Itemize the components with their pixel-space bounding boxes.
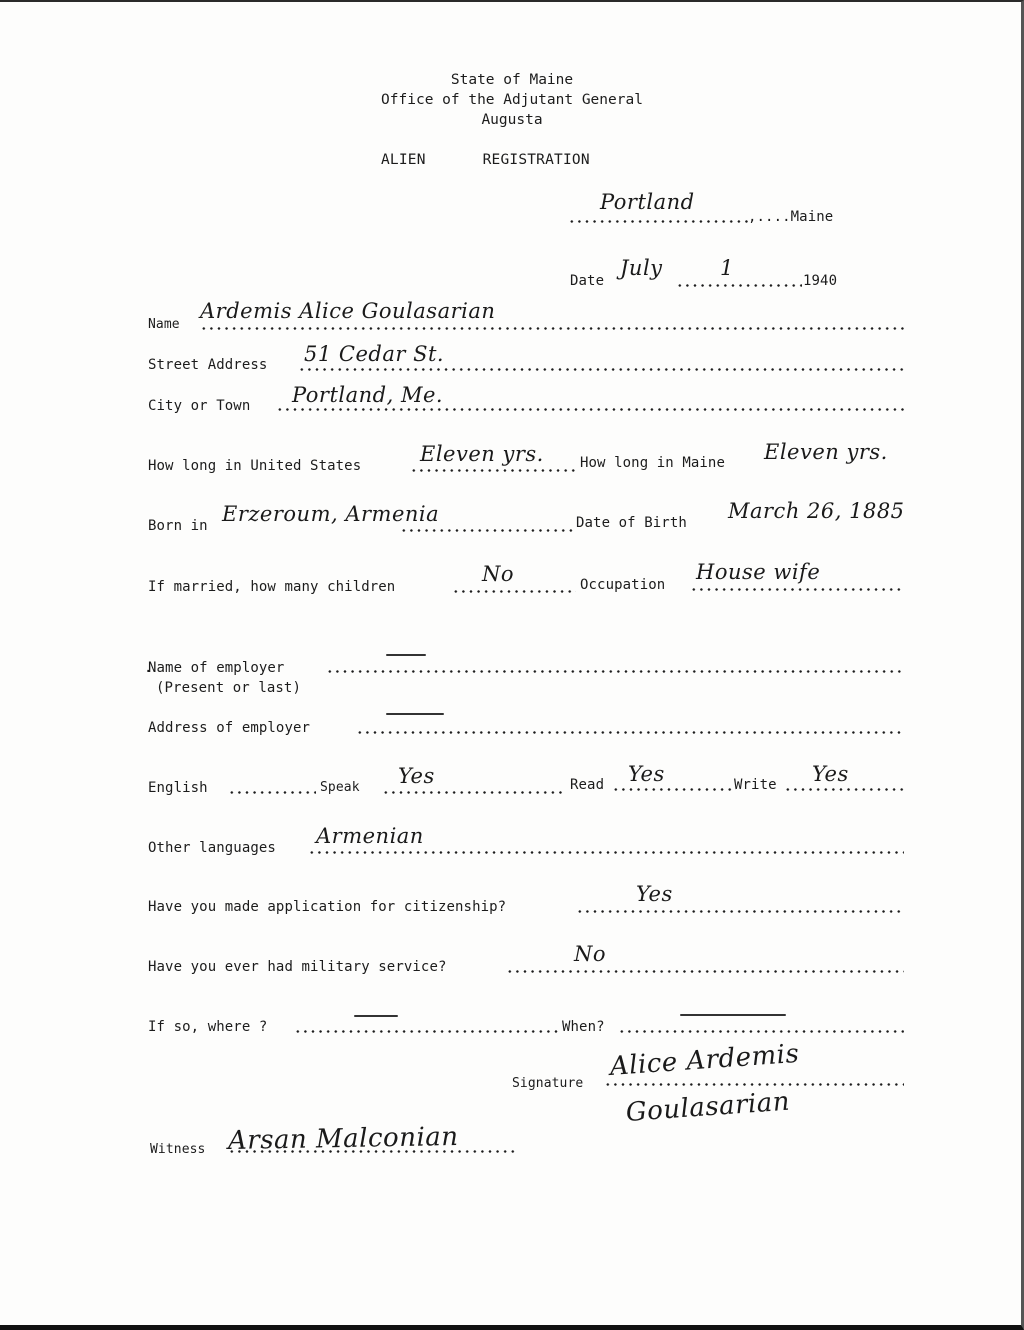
date-dotted-line [676, 284, 802, 287]
name-dotted-line [200, 327, 904, 330]
children-value: No [482, 562, 514, 586]
title-registration: REGISTRATION [483, 152, 590, 168]
other-languages-dotted-line [308, 851, 904, 854]
citizenship-dotted-line [576, 910, 904, 913]
military-label: Have you ever had military service? [148, 959, 447, 975]
occupation-label: Occupation [580, 577, 665, 593]
citizenship-value: Yes [636, 882, 673, 906]
registration-form-page: State of Maine Office of the Adjutant Ge… [0, 0, 1024, 1330]
english-label: English [148, 780, 208, 796]
when-blank-dash [680, 1014, 786, 1016]
signature-label: Signature [512, 1076, 583, 1091]
english-read-label: Read [570, 777, 604, 793]
employer-name-dotted-line [326, 670, 904, 673]
born-in-value: Erzeroum, Armenia [222, 502, 439, 526]
employer-address-dotted-line [356, 731, 904, 734]
employer-name-blank-dash [386, 654, 426, 656]
employer-address-label: Address of employer [148, 720, 310, 736]
children-dotted-line [452, 590, 576, 593]
military-dotted-line [506, 970, 904, 973]
occupation-value: House wife [696, 560, 820, 584]
place-town-value: Portland [600, 190, 695, 214]
name-value: Ardemis Alice Goulasarian [200, 299, 495, 323]
born-in-label: Born in [148, 518, 208, 534]
street-value: 51 Cedar St. [304, 342, 444, 366]
children-label: If married, how many children [148, 579, 395, 595]
street-label: Street Address [148, 357, 267, 373]
name-label: Name [148, 317, 180, 332]
date-of-birth-value: March 26, 1885 [728, 499, 905, 523]
english-speak-label: Speak [320, 780, 360, 795]
read-dotted-line [612, 788, 736, 791]
header-office: Office of the Adjutant General [0, 90, 1024, 110]
date-of-birth-label: Date of Birth [576, 515, 687, 531]
english-write-value: Yes [812, 762, 849, 786]
occupation-dotted-line [690, 588, 904, 591]
signature-line1: Alice Ardemis [609, 1039, 800, 1082]
street-dotted-line [298, 368, 904, 371]
title-alien: ALIEN [381, 152, 426, 168]
witness-label: Witness [150, 1142, 206, 1157]
date-month-value: July [620, 256, 663, 280]
city-value: Portland, Me. [292, 383, 443, 407]
place-dotted-line [568, 220, 748, 223]
signature-dotted-line [604, 1083, 904, 1086]
how-long-us-dotted-line [410, 469, 578, 472]
form-title: ALIEN REGISTRATION [381, 152, 638, 168]
witness-value: Arsan Malconian [228, 1122, 459, 1156]
how-long-us-value: Eleven yrs. [420, 442, 544, 466]
if-so-where-label: If so, where ? [148, 1019, 267, 1035]
date-year: 1940 [803, 273, 837, 289]
how-long-us-label: How long in United States [148, 458, 361, 474]
other-languages-value: Armenian [316, 824, 424, 848]
where-dotted-line [294, 1030, 562, 1033]
born-in-dotted-line [400, 529, 576, 532]
city-dotted-line [276, 408, 904, 411]
military-value: No [574, 942, 606, 966]
write-dotted-line [784, 788, 904, 791]
how-long-maine-label: How long in Maine [580, 455, 725, 471]
date-label: Date [570, 273, 604, 289]
where-blank-dash [354, 1015, 398, 1017]
english-speak-value: Yes [398, 764, 435, 788]
date-day-value: 1 [720, 256, 734, 280]
how-long-maine-value: Eleven yrs. [764, 440, 888, 464]
employer-name-sublabel: (Present or last) [156, 680, 301, 696]
employer-name-label: Name of employer [148, 660, 284, 676]
english-read-value: Yes [628, 762, 665, 786]
citizenship-label: Have you made application for citizenshi… [148, 899, 506, 915]
speak-dotted-line [382, 791, 566, 794]
header-state: State of Maine [0, 70, 1024, 90]
english-write-label: Write [734, 777, 777, 793]
other-languages-label: Other languages [148, 840, 276, 856]
form-header: State of Maine Office of the Adjutant Ge… [0, 70, 1024, 130]
header-city: Augusta [0, 110, 1024, 130]
employer-address-blank-dash [386, 713, 444, 715]
english-dotted-line [228, 791, 316, 794]
place-suffix: ,....Maine [748, 209, 833, 225]
when-label: When? [562, 1019, 605, 1035]
when-dotted-line [618, 1030, 904, 1033]
signature-line2: Goulasarian [625, 1087, 791, 1128]
city-label: City or Town [148, 398, 250, 414]
